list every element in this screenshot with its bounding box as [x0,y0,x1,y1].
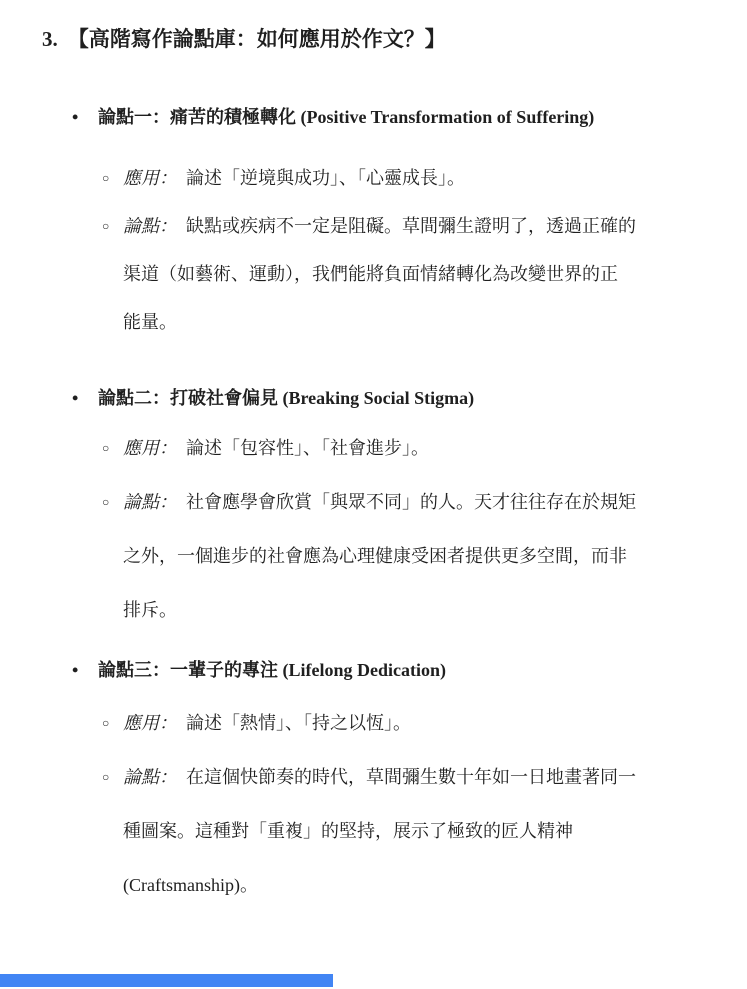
sub-text: 在這個快節奏的時代，草間彌生數十年如一日地畫著同一 [186,767,636,787]
sub-text: 社會應學會欣賞「與眾不同」的人。天才往往存在於規矩 [186,492,636,512]
sub-label: 論點： [123,216,177,236]
sub-text-continuation: 種圖案。這種對「重複」的堅持，展示了極致的匠人精神 [123,804,747,858]
sub-label: 應用： [123,438,177,458]
title-number: 3. [42,27,58,51]
sub-point-line: ○應用：論述「包容性」、「社會進步」。 [123,421,747,475]
bullet-circle-icon: ○ [102,475,109,529]
point-heading-text: 論點三：一輩子的專注 (Lifelong Dedication) [98,660,446,680]
point-section-3: •論點三：一輩子的專注 (Lifelong Dedication) ○應用：論述… [0,657,747,912]
sub-text: 論述「逆境與成功」、「心靈成長」。 [186,168,465,188]
sub-text-continuation: (Craftsmanship)。 [123,858,747,912]
document-page: 3.【高階寫作論點庫：如何應用於作文？】 •論點一：痛苦的積極轉化 (Posit… [0,0,747,989]
sub-point-line: ○應用：論述「熱情」、「持之以恆」。 [123,696,747,750]
point-section-2: •論點二：打破社會偏見 (Breaking Social Stigma) ○應用… [0,385,747,637]
sub-text-continuation: 之外，一個進步的社會應為心理健康受困者提供更多空間，而非 [123,529,747,583]
bottom-blue-bar [0,974,333,987]
bullet-circle-icon: ○ [102,154,109,202]
sub-text: 論述「包容性」、「社會進步」。 [186,438,429,458]
sub-text: 論述「熱情」、「持之以恆」。 [186,713,411,733]
bullet-disc-icon: • [72,385,78,411]
point-heading: •論點一：痛苦的積極轉化 (Positive Transformation of… [98,104,747,130]
bullet-disc-icon: • [72,657,78,683]
sub-label: 應用： [123,713,177,733]
title-text: 【高階寫作論點庫：如何應用於作文？】 [68,27,446,51]
sub-points: ○應用：論述「熱情」、「持之以恆」。 ○論點：在這個快節奏的時代，草間彌生數十年… [123,696,747,912]
sub-point-line: ○論點：社會應學會欣賞「與眾不同」的人。天才往往存在於規矩 [123,475,747,529]
bullet-circle-icon: ○ [102,421,109,475]
point-heading: •論點二：打破社會偏見 (Breaking Social Stigma) [98,385,747,411]
sub-point-line: ○論點：缺點或疾病不一定是阻礙。草間彌生證明了，透過正確的 [123,202,747,250]
point-heading-text: 論點二：打破社會偏見 (Breaking Social Stigma) [98,388,474,408]
sub-points: ○應用：論述「逆境與成功」、「心靈成長」。 ○論點：缺點或疾病不一定是阻礙。草間… [123,154,747,346]
bullet-circle-icon: ○ [102,202,109,250]
point-heading-text: 論點一：痛苦的積極轉化 (Positive Transformation of … [98,107,594,127]
sub-label: 應用： [123,168,177,188]
sub-point-line: ○論點：在這個快節奏的時代，草間彌生數十年如一日地畫著同一 [123,750,747,804]
sub-label: 論點： [123,767,177,787]
point-heading: •論點三：一輩子的專注 (Lifelong Dedication) [98,657,747,683]
sub-text-continuation: 能量。 [123,298,747,346]
sub-points: ○應用：論述「包容性」、「社會進步」。 ○論點：社會應學會欣賞「與眾不同」的人。… [123,421,747,637]
bullet-circle-icon: ○ [102,750,109,804]
sub-text-continuation: 渠道（如藝術、運動），我們能將負面情緒轉化為改變世界的正 [123,250,747,298]
sub-text: 缺點或疾病不一定是阻礙。草間彌生證明了，透過正確的 [186,216,636,236]
bullet-circle-icon: ○ [102,696,109,750]
point-section-1: •論點一：痛苦的積極轉化 (Positive Transformation of… [0,104,747,346]
sub-text-continuation: 排斥。 [123,583,747,637]
sub-label: 論點： [123,492,177,512]
bullet-disc-icon: • [72,104,78,130]
page-title: 3.【高階寫作論點庫：如何應用於作文？】 [42,26,747,53]
sub-point-line: ○應用：論述「逆境與成功」、「心靈成長」。 [123,154,747,202]
